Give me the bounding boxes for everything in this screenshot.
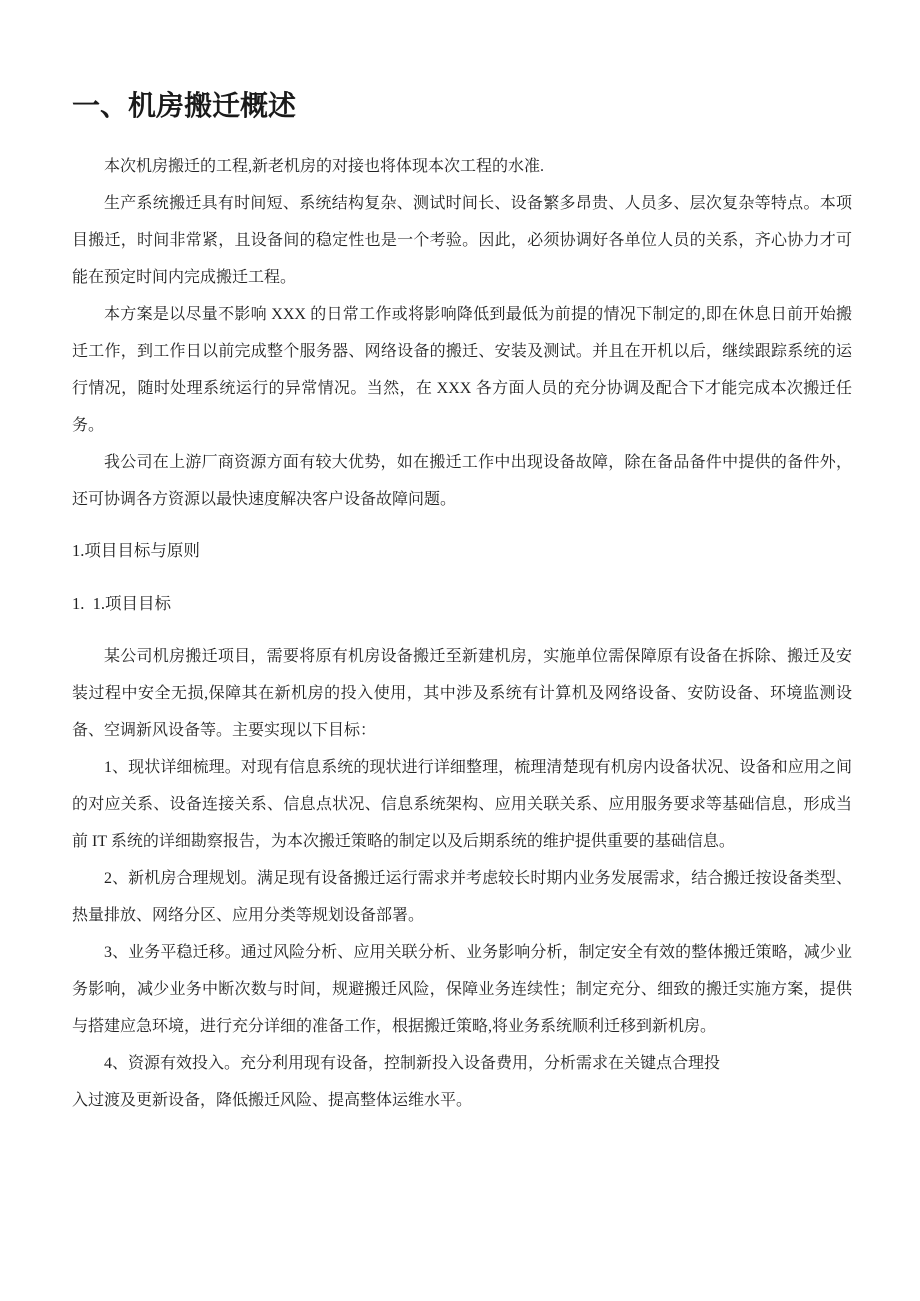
intro-paragraph-1: 本次机房搬迁的工程,新老机房的对接也将体现本次工程的水准. <box>72 148 852 185</box>
intro-paragraph-4: 我公司在上游厂商资源方面有较大优势，如在搬迁工作中出现设备故障，除在备品备件中提… <box>72 444 852 518</box>
intro-paragraph-3: 本方案是以尽量不影响 XXX 的日常工作或将影响降低到最低为前提的情况下制定的,… <box>72 296 852 444</box>
intro-paragraph-2: 生产系统搬迁具有时间短、系统结构复杂、测试时间长、设备繁多昂贵、人员多、层次复杂… <box>72 185 852 296</box>
goal-paragraph-item-3: 3、业务平稳迁移。通过风险分析、应用关联分析、业务影响分析，制定安全有效的整体搬… <box>72 934 852 1045</box>
document-page: 一、机房搬迁概述 本次机房搬迁的工程,新老机房的对接也将体现本次工程的水准. 生… <box>0 0 920 1301</box>
goal-paragraph-item-1: 1、现状详细梳理。对现有信息系统的现状进行详细整理，梳理清楚现有机房内设备状况、… <box>72 749 852 860</box>
heading-project-goal: 1. 1.项目目标 <box>72 585 852 622</box>
heading-goals-and-principles: 1.项目目标与原则 <box>72 532 852 569</box>
goal-paragraph-overview: 某公司机房搬迁项目，需要将原有机房设备搬迁至新建机房，实施单位需保障原有设备在拆… <box>72 638 852 749</box>
goal-paragraph-item-4: 4、资源有效投入。充分利用现有设备，控制新投入设备费用，分析需求在关键点合理投 … <box>72 1045 852 1119</box>
goal-paragraph-item-2: 2、新机房合理规划。满足现有设备搬迁运行需求并考虑较长时期内业务发展需求，结合搬… <box>72 860 852 934</box>
document-title: 一、机房搬迁概述 <box>72 88 852 124</box>
